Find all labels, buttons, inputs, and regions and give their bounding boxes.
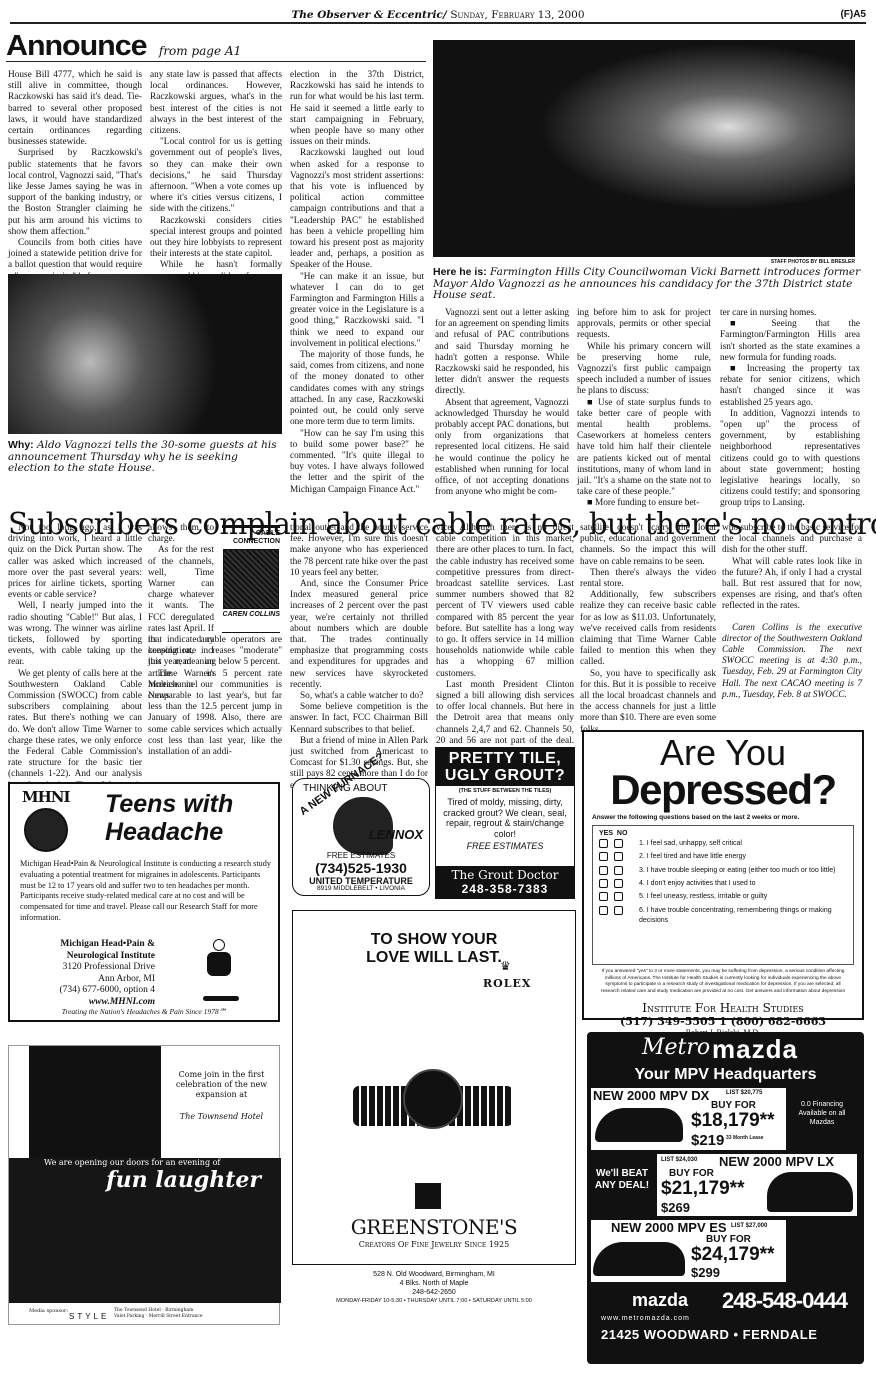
columnist-photo bbox=[223, 549, 279, 609]
question-row: 5. I feel uneasy, restless, irritable or… bbox=[599, 892, 847, 902]
publication-name: The Observer & Eccentric/ bbox=[291, 9, 446, 21]
article-column: satellite doesn't carry the local public… bbox=[580, 523, 716, 736]
article-column: tional outlet and the hourly service fee… bbox=[290, 523, 428, 792]
kicker-title: Announce bbox=[6, 30, 146, 63]
article-column: who subscribe to the basic service for t… bbox=[722, 523, 862, 701]
model-panel: NEW 2000 MPV DX LIST $20,775 BUY FOR $18… bbox=[591, 1088, 786, 1150]
question-row: 4. I don't enjoy activities that I used … bbox=[599, 879, 847, 889]
ad-townsend-hotel[interactable]: Come join in the first celebration of th… bbox=[8, 1045, 280, 1325]
model-panel: NEW 2000 MPV ES LIST $27,000 BUY FOR $24… bbox=[591, 1220, 786, 1282]
no-checkbox[interactable] bbox=[614, 839, 623, 848]
article-column: ing before him to ask for project approv… bbox=[577, 308, 711, 510]
no-checkbox[interactable] bbox=[614, 906, 623, 915]
yes-checkbox[interactable] bbox=[599, 906, 608, 915]
yes-checkbox[interactable] bbox=[599, 879, 608, 888]
yes-checkbox[interactable] bbox=[599, 892, 608, 901]
publication-date: Sunday, February 13, 2000 bbox=[450, 9, 584, 21]
photo-credit: STAFF PHOTOS BY BILL BRESLER bbox=[433, 259, 855, 265]
column-logo: CABLE CONNECTION CAREN COLLINS bbox=[222, 525, 280, 633]
seal-icon bbox=[24, 808, 68, 852]
article-column: Not too long ago, as I was driving into … bbox=[8, 523, 142, 803]
jump-line: from page A1 bbox=[159, 44, 241, 58]
section-kicker: Announce from page A1 bbox=[6, 30, 426, 62]
article-column: ter care in nursing homes. ■ Seeing that… bbox=[720, 308, 860, 510]
article-column: Vagnozzi sent out a letter asking for an… bbox=[435, 308, 569, 498]
yes-checkbox[interactable] bbox=[599, 852, 608, 861]
news-photo-guests bbox=[8, 274, 282, 434]
yes-checkbox[interactable] bbox=[599, 866, 608, 875]
watch-face bbox=[403, 1069, 463, 1129]
author-bio: Caren Collins is the executive director … bbox=[722, 623, 862, 701]
crown-icon: ♛ bbox=[500, 959, 511, 973]
no-checkbox[interactable] bbox=[614, 866, 623, 875]
ad-depression-study[interactable]: Are You Depressed? Answer the following … bbox=[582, 730, 864, 1020]
skateboarder-illustration bbox=[195, 939, 245, 1004]
mhni-logo: MHNI bbox=[22, 788, 70, 806]
minivan-image bbox=[595, 1108, 683, 1142]
article-column: any state law is passed that affects loc… bbox=[150, 70, 282, 283]
page-number: (F)A5 bbox=[840, 9, 866, 20]
ad-united-temperature[interactable]: THINKING ABOUT A NEW FURNACE? LENNOX FRE… bbox=[292, 778, 430, 896]
question-row: 2. I feel tired and have little energy bbox=[599, 852, 847, 862]
article-column: that indicated cable operators are keepi… bbox=[148, 635, 282, 758]
no-checkbox[interactable] bbox=[614, 852, 623, 861]
greenstones-logo bbox=[415, 1183, 441, 1209]
page-masthead: The Observer & Eccentric/ Sunday, Februa… bbox=[10, 6, 866, 24]
article-column: vice. Although there is no direct cable … bbox=[436, 523, 574, 769]
minivan-image bbox=[767, 1172, 853, 1212]
no-checkbox[interactable] bbox=[614, 879, 623, 888]
no-checkbox[interactable] bbox=[614, 892, 623, 901]
photo-caption: Here he is: Farmington Hills City Counci… bbox=[433, 267, 863, 302]
store-info: 528 N. Old Woodward, Birmingham, MI 4 Bl… bbox=[292, 1270, 576, 1306]
minivan-image bbox=[593, 1242, 685, 1276]
ad-grout-doctor[interactable]: PRETTY TILE, UGLY GROUT? (THE STUFF BETW… bbox=[435, 747, 575, 899]
question-row: 6. I have trouble concentrating, remembe… bbox=[599, 906, 847, 926]
yes-checkbox[interactable] bbox=[599, 839, 608, 848]
ad-greenstones-rolex[interactable]: TO SHOW YOUR LOVE WILL LAST. ♛ ROLEX GRE… bbox=[292, 910, 576, 1265]
news-photo-candidate bbox=[433, 40, 855, 257]
photo-caption: Why: Aldo Vagnozzi tells the 30-some gue… bbox=[8, 440, 282, 475]
question-row: 1. I feel sad, unhappy, self critical bbox=[599, 839, 847, 849]
article-column: House Bill 4777, which he said is still … bbox=[8, 70, 142, 283]
ad-mhni-teens-headache[interactable]: MHNI Teens with Headache Michigan Head•P… bbox=[8, 782, 280, 1022]
ad-metro-mazda[interactable]: Metro mazda Your MPV Headquarters NEW 20… bbox=[587, 1032, 864, 1364]
question-mark-graphic bbox=[333, 797, 393, 855]
article-column: election in the 37th District, Raczkowsk… bbox=[290, 70, 424, 496]
model-panel: LIST $24,030 NEW 2000 MPV LX BUY FOR $21… bbox=[657, 1154, 857, 1216]
ad-photo bbox=[29, 1046, 161, 1158]
question-row: 3. I have trouble sleeping or eating (ei… bbox=[599, 866, 847, 876]
questionnaire: YES NO 1. I feel sad, unhappy, self crit… bbox=[592, 825, 854, 965]
